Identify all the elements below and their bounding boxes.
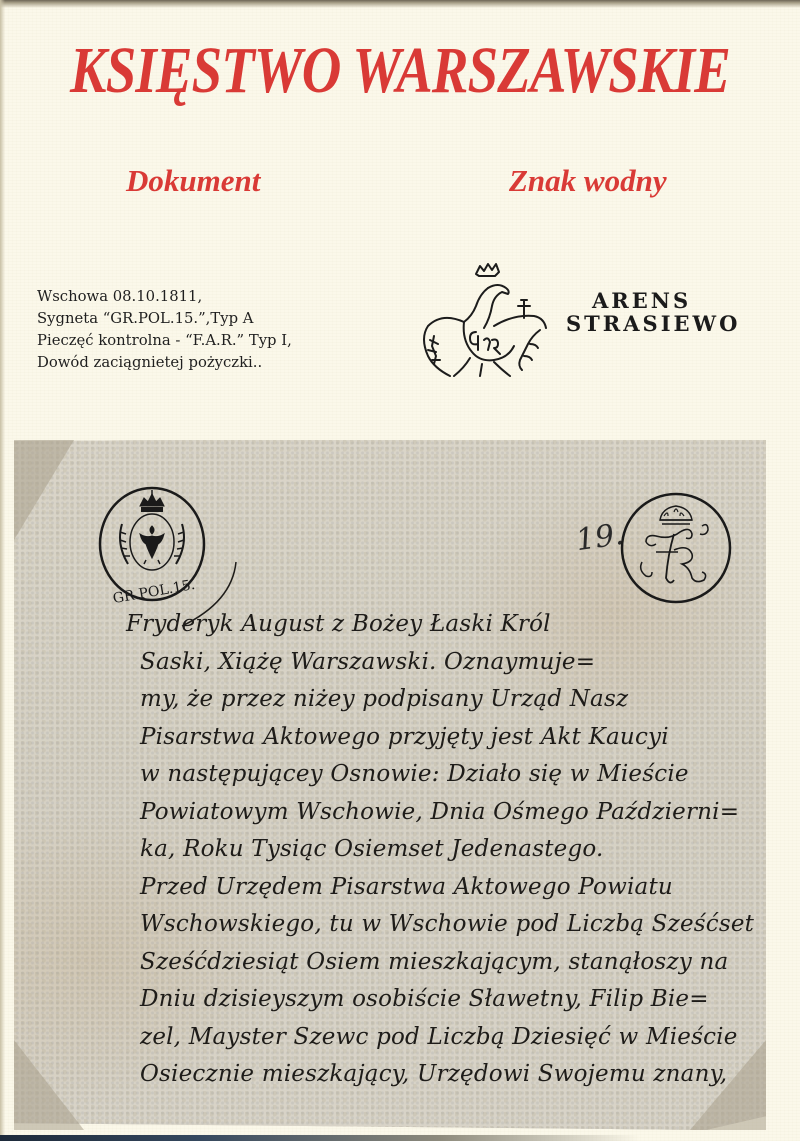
document-heading: Dokument	[126, 165, 260, 196]
watermark-inscription: ARENS STRASIEWO	[566, 290, 740, 334]
scan-bottom-edge	[0, 1135, 800, 1141]
manuscript-line: Fryderyk August z Bożey Łaski Król	[126, 606, 778, 644]
manuscript-line: zel, Mayster Szewc pod Liczbą Dziesięć w…	[140, 1019, 778, 1057]
description-line: Dowód zaciągnietej pożyczki..	[37, 352, 417, 374]
watermark-text-line1: ARENS	[592, 290, 740, 311]
description-line: Pieczęć kontrolna - “F.A.R.” Typ I,	[37, 330, 417, 352]
manuscript-line: my, że przez niżey podpisany Urząd Nasz	[140, 681, 778, 719]
manuscript-line: Sześćdziesiąt Osiem mieszkającym, stanął…	[140, 944, 778, 982]
scan-top-edge	[0, 0, 800, 8]
manuscript-line: Dniu dzisieyszym osobiście Sławetny, Fil…	[140, 981, 778, 1019]
manuscript-line: Osiecznie mieszkający, Urzędowi Swojemu …	[140, 1056, 778, 1094]
description-line: Sygneta “GR.POL.15.”,Typ A	[37, 308, 417, 330]
manuscript-line: Pisarstwa Aktowego przyjęty jest Akt Kau…	[140, 719, 778, 757]
manuscript-line: Przed Urzędem Pisarstwa Aktowego Powiatu	[140, 869, 778, 907]
scan-left-edge	[0, 0, 5, 1141]
watermark-text-line2: STRASIEWO	[566, 313, 740, 334]
watermark-heading: Znak wodny	[509, 165, 667, 196]
document-description: Wschowa 08.10.1811, Sygneta “GR.POL.15.”…	[37, 286, 417, 374]
manuscript-text: Fryderyk August z Bożey Łaski Król Saski…	[118, 606, 778, 1094]
manuscript-line: Powiatowym Wschowie, Dnia Ośmego Paździe…	[140, 794, 778, 832]
manuscript-line: ka, Roku Tysiąc Osiemset Jedenastego.	[140, 831, 778, 869]
manuscript-line: w następującey Osnowie: Działo się w Mie…	[140, 756, 778, 794]
crowned-eagle-watermark-icon	[410, 240, 560, 390]
manuscript-line: Wschowskiego, tu w Wschowie pod Liczbą S…	[140, 906, 778, 944]
far-monogram-seal-icon	[616, 490, 736, 606]
manuscript-line: Saski, Xiążę Warszawski. Oznaymuje=	[140, 644, 778, 682]
description-line: Wschowa 08.10.1811,	[37, 286, 417, 308]
page-title: KSIĘSTWO WARSZAWSKIE	[68, 38, 732, 104]
